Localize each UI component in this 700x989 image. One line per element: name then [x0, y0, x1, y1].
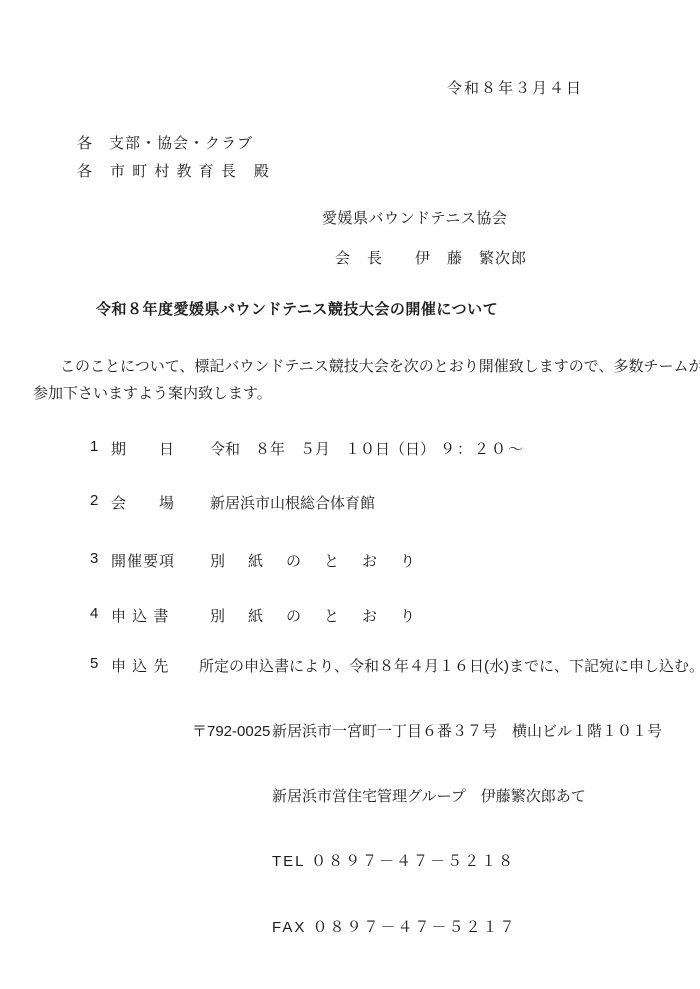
- item-row-outline: 3 開催要項 別 紙 の と お り: [0, 550, 700, 570]
- item-row-venue: 2 会 場 新居浜市山根総合体育館: [0, 492, 700, 512]
- addressee-line-1: 各 支部・協会・クラブ: [77, 135, 253, 153]
- item-row-application-form: 4 申 込 書 別 紙 の と お り: [0, 605, 700, 625]
- item-number: 1: [90, 438, 98, 455]
- fax-line: FAX ０８９７－４７－５２１７: [272, 917, 662, 939]
- item-label: 会 場: [111, 492, 175, 513]
- document-date: 令和８年３月４日: [447, 80, 583, 98]
- tel-line: TEL ０８９７－４７－５２１８: [272, 851, 662, 873]
- body-paragraph-line-2: 参加下さいますよう案内致します。: [33, 385, 272, 403]
- body-paragraph-line-1: このことについて、標記バウンドテニス競技大会を次のとおり開催致しますので、多数チ…: [60, 358, 700, 376]
- item-start-time: ９：２０～: [440, 438, 525, 459]
- street-address: 新居浜市一宮町一丁目６番３７号 横山ビル１階１０１号: [272, 723, 662, 740]
- item-label: 期 日: [111, 438, 175, 459]
- item-value: 令和 ８年 ５月 １０日（日）: [210, 438, 435, 459]
- item-label: 申 込 書: [111, 605, 169, 626]
- item-number: 5: [90, 655, 98, 672]
- postal-code: 〒792-0025: [192, 721, 272, 743]
- item-value: 別 紙 の と お り: [210, 550, 419, 571]
- item-label: 開催要項: [111, 550, 175, 571]
- contact-block: 〒792-0025新居浜市一宮町一丁目６番３７号 横山ビル１階１０１号 新居浜市…: [192, 677, 662, 982]
- item-number: 2: [90, 492, 98, 509]
- item-label: 申 込 先: [111, 655, 169, 676]
- item-value: 新居浜市山根総合体育館: [210, 492, 375, 513]
- contact-address-line-1: 〒792-0025新居浜市一宮町一丁目６番３７号 横山ビル１階１０１号: [192, 721, 662, 743]
- sender-organization: 愛媛県バウンドテニス協会: [322, 210, 507, 228]
- addressee-line-2: 各 市 町 村 教 育 長 殿: [77, 163, 270, 181]
- contact-address-line-2: 新居浜市営住宅管理グループ 伊藤繁次郎あて: [272, 786, 662, 808]
- item-value: 所定の申込書により、令和８年４月１６日(水)までに、下記宛に申し込む。: [199, 655, 700, 676]
- item-value: 別 紙 の と お り: [210, 605, 419, 626]
- scanned-letter-page: 令和８年３月４日 各 支部・協会・クラブ 各 市 町 村 教 育 長 殿 愛媛県…: [0, 0, 700, 989]
- sender-president: 会 長 伊 藤 繁次郎: [335, 250, 527, 268]
- item-row-application-destination: 5 申 込 先 所定の申込書により、令和８年４月１６日(水)までに、下記宛に申し…: [0, 655, 700, 675]
- item-number: 3: [90, 550, 98, 567]
- item-number: 4: [90, 605, 98, 622]
- item-row-date: 1 期 日 令和 ８年 ５月 １０日（日） ９：２０～: [0, 438, 700, 458]
- document-title: 令和８年度愛媛県バウンドテニス競技大会の開催について: [96, 301, 498, 319]
